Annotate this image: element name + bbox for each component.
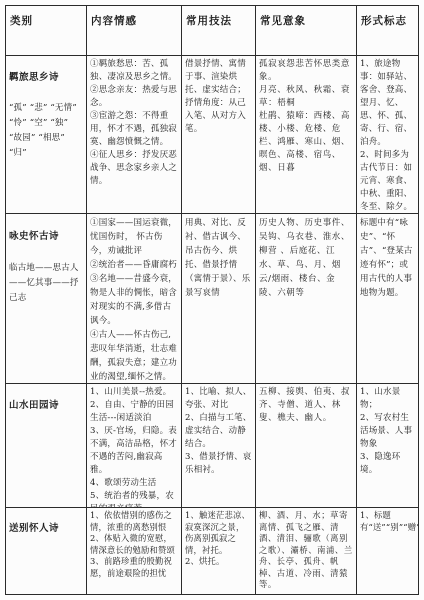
header-cell-category: 类别 [6, 6, 87, 56]
imagery-cell: 孤寂哀怨悲苦怀思类意象。 月亮、秋风、秋霜、衰草：梧桐 杜鹃、猿啼：西楼、高楼、… [256, 56, 357, 214]
category-cell: 咏史怀古诗 临古地——思古人——忆其事——抒己志 [6, 214, 87, 384]
markers-cell: 1、旅途物事：如驿站、客舍、登高、望月、忆、思、怀、孤、寄、行、宿、泊舟。 2、… [357, 56, 418, 214]
category-cell: 山水田园诗 [6, 384, 87, 508]
category-cell: 送别怀人诗 [6, 508, 87, 594]
header-cell-markers: 形式标志 [357, 6, 418, 56]
techniques-cell: 借景抒情、寓情于事、渲染烘托、虚实结合；抒情角度：从己入笔、从对方入笔。 [182, 56, 256, 214]
header-cell-content: 内容情感 [87, 6, 182, 56]
techniques-cell: 1、比喻、拟人、夸张、对比 2、白描与工笔、虚实结合、动静结合。 3、借景抒情、… [182, 384, 256, 508]
category-note: “孤” “悲” “无情” “怜” “空” “独” “故园” “相思” “归” [9, 101, 83, 161]
content-cell: ①国家——国运衰微，忧国伤时， 怀古伤今，劝诫批评 ②统治者——昏庸腐朽 ③名地… [87, 214, 182, 384]
techniques-cell: 1、触迷茫悲凉、寂寞深沉之景，伤离别孤寂之情，衬托。 2、烘托。 [182, 508, 256, 594]
content-cell: 1、依依惜别的感伤之情，浓重的离愁别恨 2、体贴入微的宽慰，情深意长的勉励和赞颂… [87, 508, 182, 594]
content-cell: ①羁旅愁思：苦、孤独、凄凉及思乡之情。 ②思念亲友：热爱与思念。 ③宦游之怨：不… [87, 56, 182, 214]
techniques-cell: 用典、对比、反衬、借古讽今、吊古伤今、烘托、借景抒情（寓情于景）、乐景写哀情 [182, 214, 256, 384]
poetry-category-table: 类别 内容情感 常用技法 常见意象 形式标志 羁旅思乡诗 “孤” “悲” “无情… [5, 5, 419, 595]
markers-cell: 标题中有“咏史”、“怀古”、“登某古迹有怀”；或用古代的人事地物为题。 [357, 214, 418, 384]
category-title: 山水田园诗 [9, 399, 83, 413]
header-cell-techniques: 常用技法 [182, 6, 256, 56]
imagery-cell: 历史人物、历史事件、吴钩、乌衣巷、淮水、柳营 、后庭花、江水、草、鸟、月、烟云/… [256, 214, 357, 384]
content-cell: 1、山川美景--热爱。 2、自由、宁静的田园生活---闲适淡泊 3、厌-官场，归… [87, 384, 182, 508]
category-title: 送别怀人诗 [9, 522, 83, 536]
markers-cell: 1、山水景物； 2、写农村生活场景、人事物象 3、隐逸环境。 [357, 384, 418, 508]
category-note: 临古地——思古人——忆其事——抒己志 [9, 261, 83, 306]
imagery-cell: 五柳、接舆、伯夷、叔齐、寺僧、道人、林叟、樵夫、幽人。 [256, 384, 357, 508]
markers-cell: 1、标题有“送”“别”“赠”“酬”等。 [357, 508, 418, 594]
category-title: 羁旅思乡诗 [9, 71, 83, 85]
imagery-cell: 柳、酒、月、水；草寄离情、孤飞之雁、清酒、清泪、骊歌（离别之歌）、灞桥、南浦、兰… [256, 508, 357, 594]
category-title: 咏史怀古诗 [9, 230, 83, 244]
scanned-table-page: 类别 内容情感 常用技法 常见意象 形式标志 羁旅思乡诗 “孤” “悲” “无情… [0, 0, 424, 600]
header-cell-imagery: 常见意象 [256, 6, 357, 56]
category-cell: 羁旅思乡诗 “孤” “悲” “无情” “怜” “空” “独” “故园” “相思”… [6, 56, 87, 214]
